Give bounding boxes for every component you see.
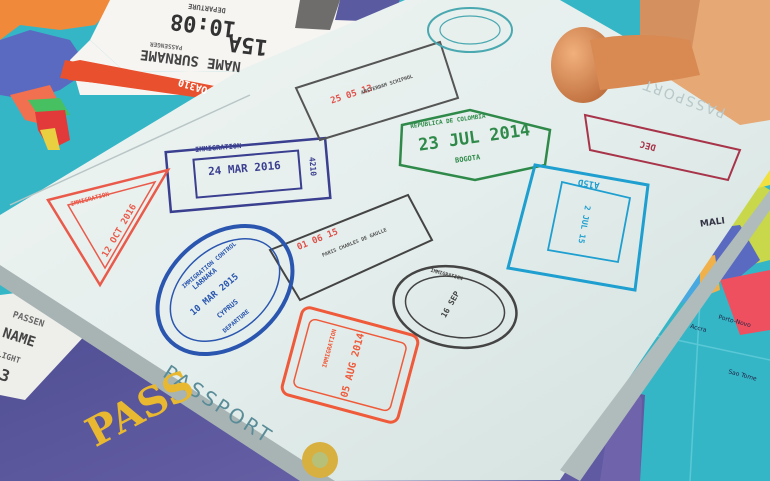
photo-scene: 10:08 DEPARTURE 15A NAME SURNAME PASSENG…	[0, 0, 770, 481]
immigration-stamp-code: 4210	[307, 157, 318, 177]
boarding-seat: 15A	[227, 30, 270, 60]
